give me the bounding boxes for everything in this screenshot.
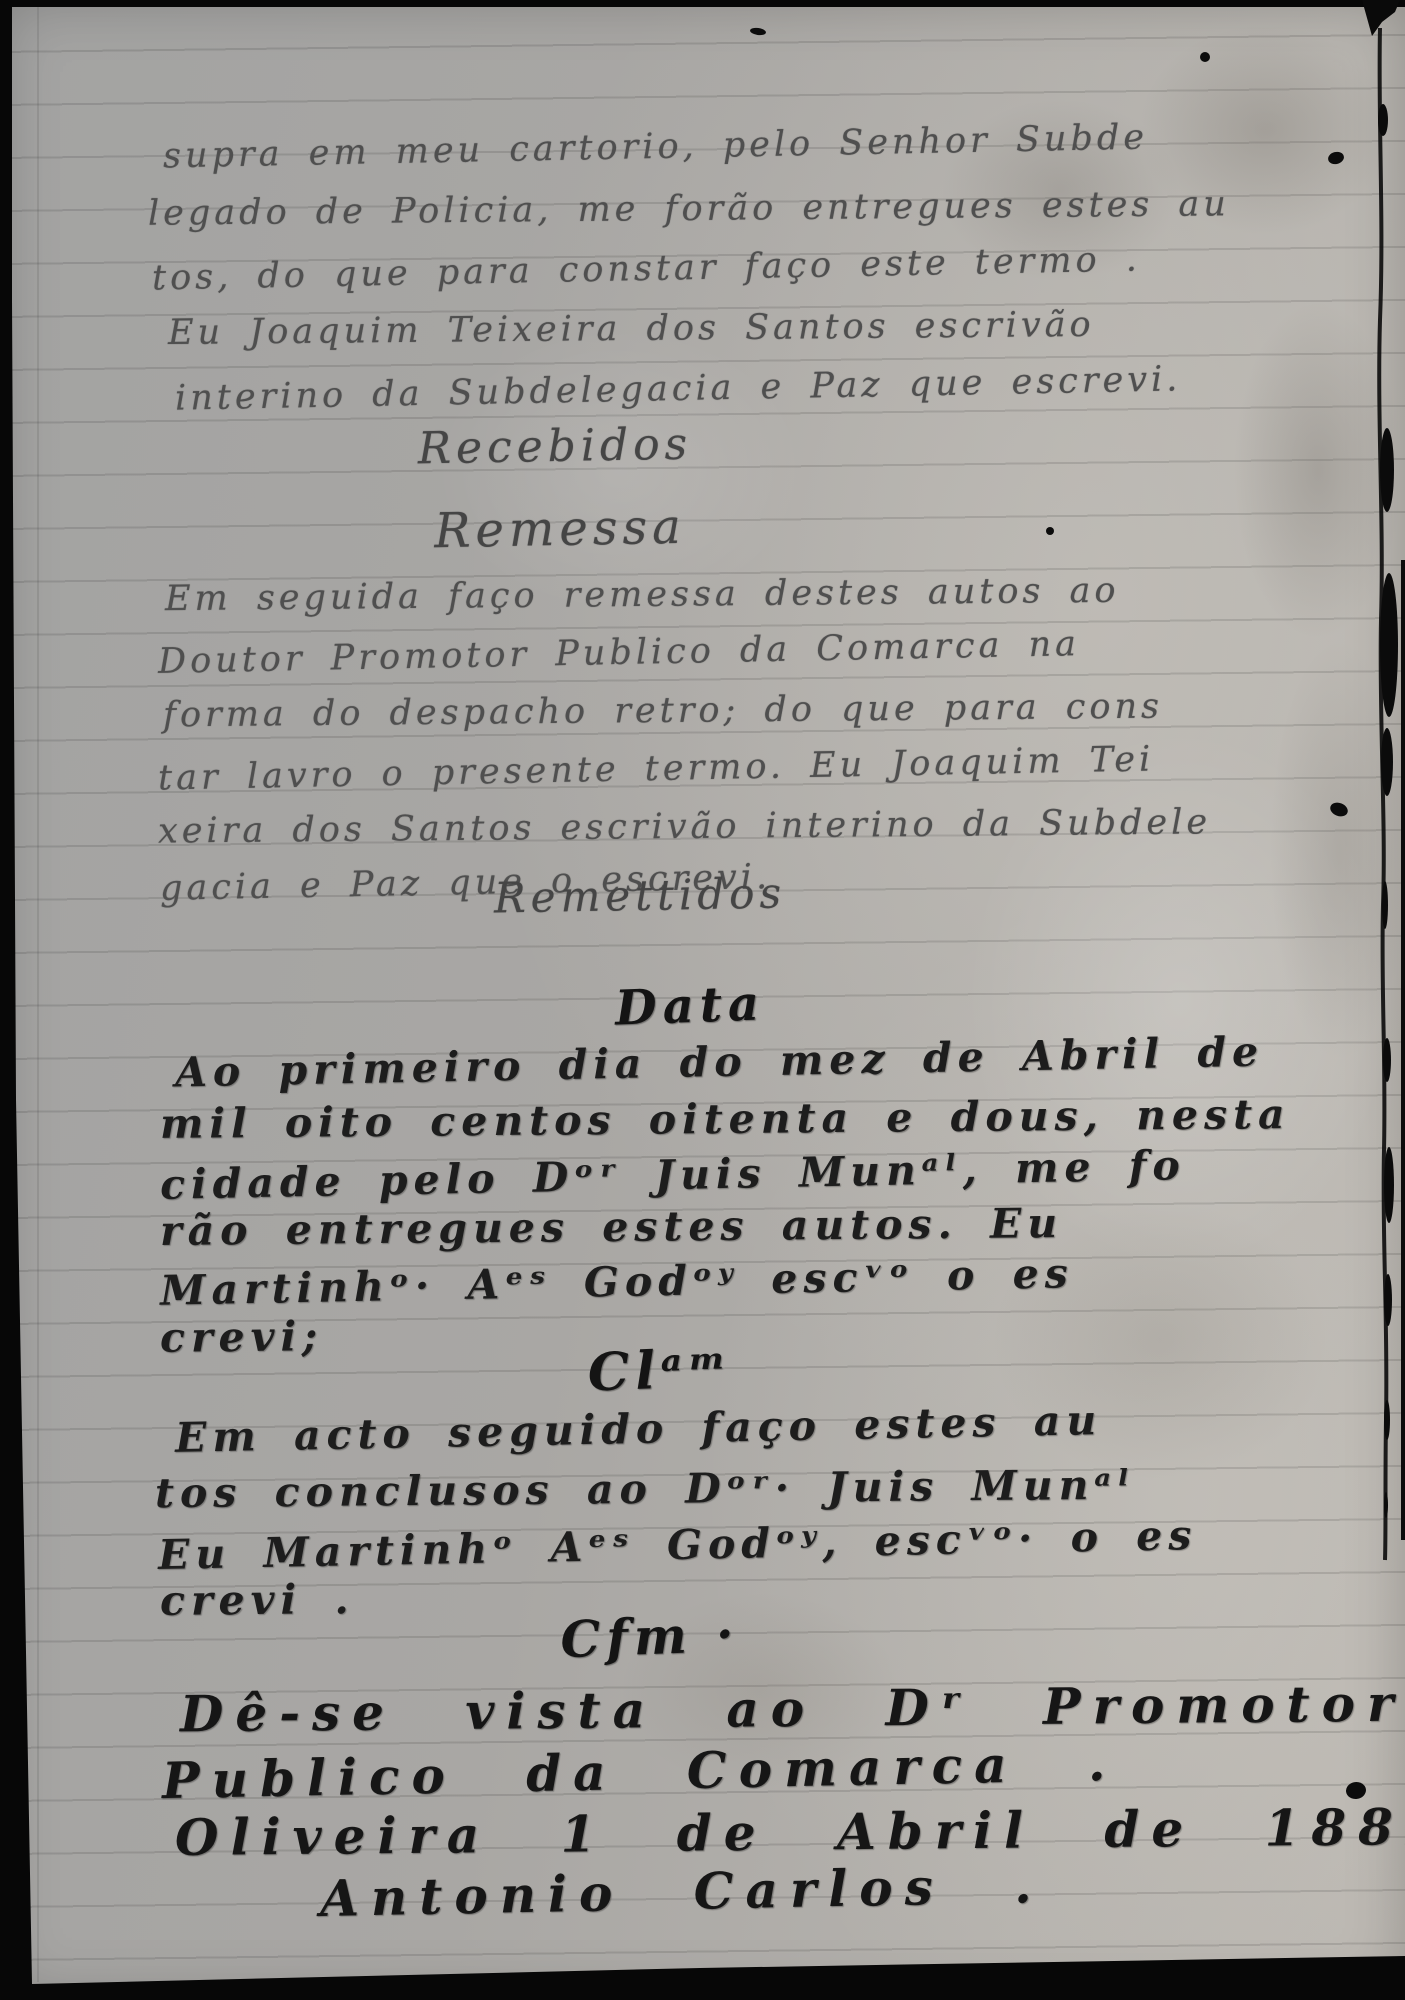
paper-page: supra em meu cartorio, pelo Senhor Subde… <box>0 0 1405 2000</box>
manuscript-line: crevi; <box>160 1316 324 1358</box>
manuscript-line: xeira dos Santos escrivão interino da Su… <box>158 805 1211 849</box>
manuscript-line: mil oito centos oitenta e dous, nesta <box>160 1094 1291 1145</box>
manuscript-line: crevi . <box>160 1579 355 1622</box>
rubric-scrawl: Cfm · <box>560 1609 741 1665</box>
heading-remessa: Remessa <box>434 503 686 555</box>
ink-speck <box>1046 527 1054 535</box>
heading-recebidos: Recebidos <box>417 423 692 472</box>
manuscript-line: Eu Joaquim Teixeira dos Santos escrivão <box>168 308 1095 351</box>
manuscript-line: Em seguida faço remessa destes autos ao <box>165 574 1120 617</box>
ink-speck <box>1200 52 1210 62</box>
date-line: Oliveira 1 de Abril de 1882 . <box>175 1801 1405 1863</box>
manuscript-scan: supra em meu cartorio, pelo Senhor Subde… <box>0 0 1405 2000</box>
torn-edge-seam <box>1348 0 1405 1600</box>
manuscript-line: Dê-se vista ao Dʳ Promotor <box>180 1679 1405 1740</box>
manuscript-line: forma do despacho retro; do que para con… <box>163 690 1163 734</box>
signature-antonio-carlos: Antonio Carlos . <box>320 1860 1044 1924</box>
manuscript-line: rão entregues estes autos. Eu <box>160 1203 1063 1252</box>
heading-conclusao: Clᵃᵐ <box>587 1342 733 1399</box>
heading-data: Data <box>614 979 766 1032</box>
heading-remettidos: Remettidos <box>494 872 787 919</box>
manuscript-line: tos conclusos ao Dᵒʳ· Juis Munᵃˡ <box>155 1465 1135 1515</box>
right-edge-shadow <box>1401 560 1405 1540</box>
manuscript-line: legado de Policia, me forão entregues es… <box>148 187 1230 231</box>
